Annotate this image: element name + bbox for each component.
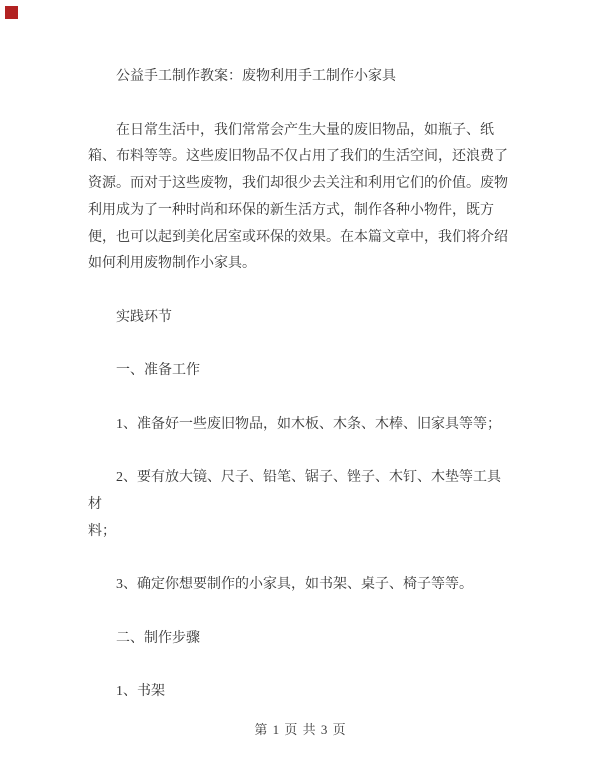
preparation-heading: 一、准备工作	[88, 358, 510, 385]
page-number-footer: 第 1 页 共 3 页	[0, 718, 600, 742]
intro-paragraph: 在日常生活中，我们常常会产生大量的废旧物品，如瓶子、纸 箱、布料等等。这些废旧物…	[88, 118, 510, 279]
preparation-item-1: 1、准备好一些废旧物品，如木板、木条、木棒、旧家具等等；	[88, 412, 510, 439]
red-marker-icon	[5, 6, 18, 19]
section-practice-heading: 实践环节	[88, 305, 510, 332]
document-body: 公益手工制作教案：废物利用手工制作小家具 在日常生活中，我们常常会产生大量的废旧…	[88, 64, 510, 733]
document-title: 公益手工制作教案：废物利用手工制作小家具	[88, 64, 510, 91]
document-page: 公益手工制作教案：废物利用手工制作小家具 在日常生活中，我们常常会产生大量的废旧…	[0, 0, 600, 776]
preparation-item-3: 3、确定你想要制作的小家具，如书架、桌子、椅子等等。	[88, 572, 510, 599]
steps-heading: 二、制作步骤	[88, 626, 510, 653]
preparation-item-2: 2、要有放大镜、尺子、铅笔、锯子、锉子、木钉、木垫等工具材 料；	[88, 465, 510, 545]
step-item-bookshelf: 1、书架	[88, 679, 510, 706]
